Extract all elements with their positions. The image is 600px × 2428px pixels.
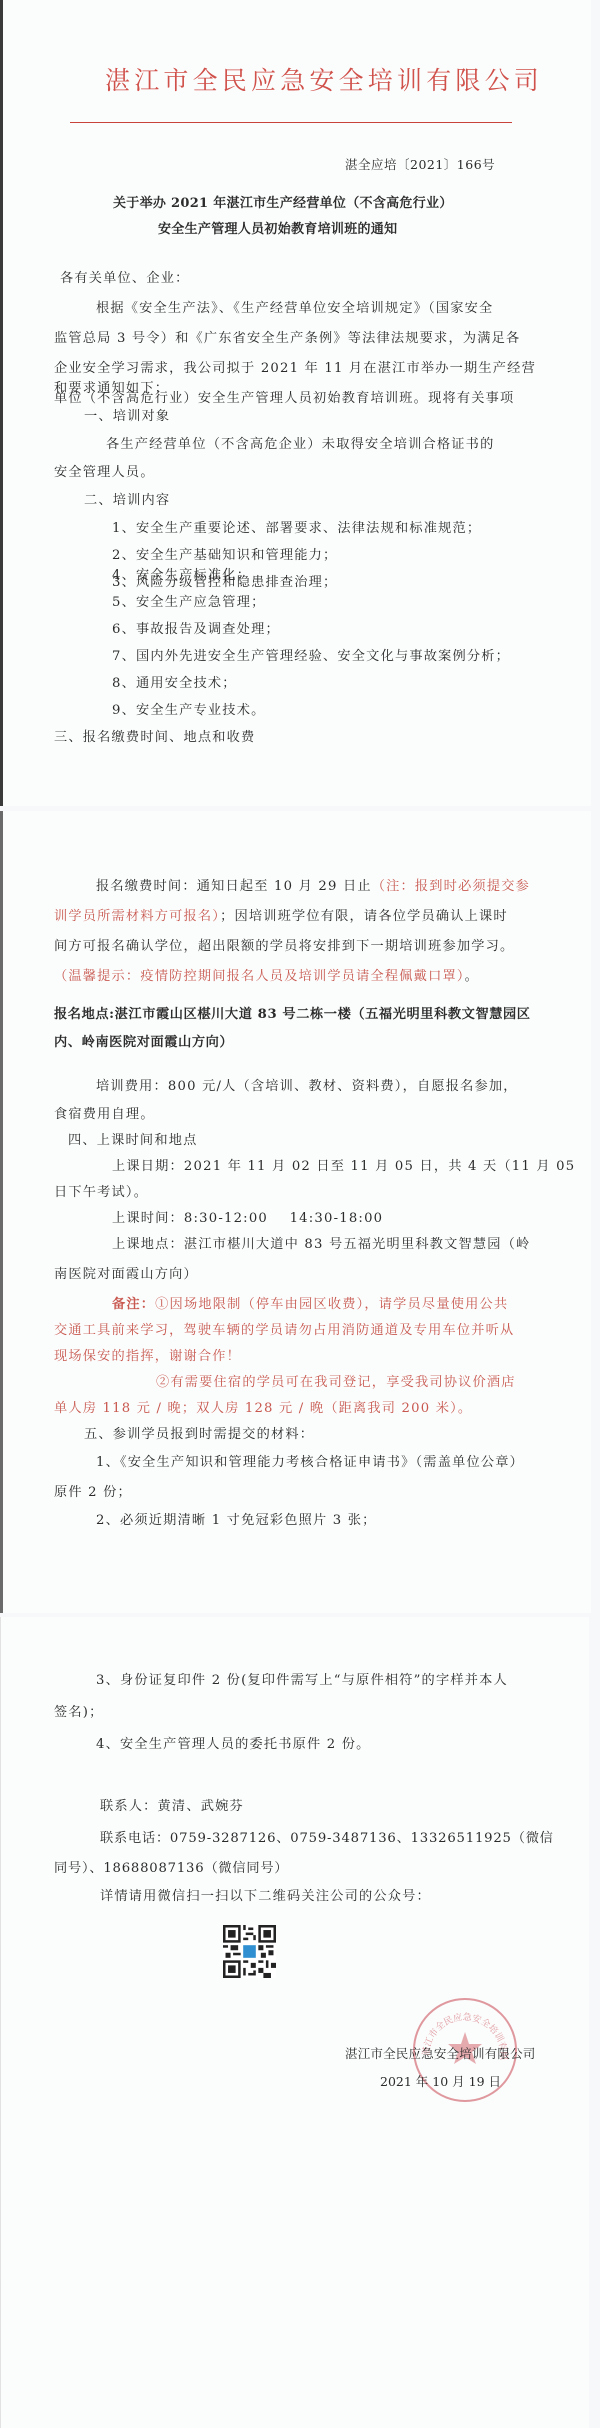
document-number: 湛全应培〔2021〕166号 <box>345 155 495 173</box>
registration-time: 报名缴费时间：通知日起至 10 月 29 日止（注：报到时必须提交参 <box>96 880 530 893</box>
contact-phone: 同号）、18688087136（微信同号） <box>54 1862 288 1875</box>
class-date: 上课日期：2021 年 11 月 02 日至 11 月 05 日，共 4 天（1… <box>112 1160 575 1173</box>
content-item: 9、安全生产专业技术。 <box>112 704 265 717</box>
note-2: 单人房 118 元 / 晚；双人房 128 元 / 晚（距离我司 200 米）。 <box>54 1402 472 1415</box>
registration-place: 报名地点:湛江市霞山区椹川大道 83 号二栋一楼（五福光明里科教文智慧园区 <box>54 1008 531 1021</box>
section-heading-1: 一、培训对象 <box>84 410 170 423</box>
registration-time-cont: 间方可报名确认学位，超出限额的学员将安排到下一期培训班参加学习。 <box>54 940 514 953</box>
content-item: 6、事故报告及调查处理； <box>112 623 280 636</box>
note-2: ②有需要住宿的学员可在我司登记，享受我司协议价酒店 <box>156 1376 516 1389</box>
contact-phone: 联系电话：0759-3287126、0759-3487136、133265119… <box>100 1832 554 1845</box>
material-item: 3、身份证复印件 2 份(复印件需写上“与原件相符”的字样并本人 <box>96 1674 508 1687</box>
material-item: 2、必须近期清晰 1 寸免冠彩色照片 3 张； <box>96 1514 377 1527</box>
training-fee: 食宿费用自理。 <box>54 1108 155 1121</box>
note-1: 现场保安的指挥，谢谢合作！ <box>54 1350 241 1363</box>
content-item: 7、国内外先进安全生产管理经验、安全文化与事故案例分析； <box>112 650 510 663</box>
letterhead-divider <box>70 122 512 123</box>
section-heading-5: 五、参训学员报到时需提交的材料： <box>84 1428 314 1441</box>
content-item: 2、安全生产基础知识和管理能力； <box>112 549 337 562</box>
class-place: 上课地点：湛江市椹川大道中 83 号五福光明里科教文智慧园（岭 <box>112 1238 530 1251</box>
material-item: 1、《安全生产知识和管理能力考核合格证申请书》（需盖单位公章） <box>96 1456 524 1469</box>
document-title-line-2: 安全生产管理人员初始教育培训班的通知 <box>158 218 397 237</box>
note-1: 交通工具前来学习，驾驶车辆的学员请勿占用消防通道及专用车位并听从 <box>54 1324 514 1337</box>
intro-line: 根据《安全生产法》、《生产经营单位安全培训规定》（国家安全 <box>96 302 493 315</box>
registration-time-cont: 训学员所需材料方可报名）；因培训班学位有限，请各位学员确认上课时 <box>54 910 508 923</box>
signature-org: 湛江市全民应急安全培训有限公司 <box>345 2044 536 2062</box>
wechat-qr-code-icon[interactable] <box>223 1925 276 1978</box>
material-item: 原件 2 份； <box>54 1486 132 1499</box>
intro-line: 企业安全学习需求，我公司拟于 2021 年 11 月在湛江市举办一期生产经营 <box>54 362 536 375</box>
class-place: 南医院对面霞山方向） <box>54 1268 198 1281</box>
training-fee: 培训费用：800 元/人（含培训、教材、资料费），自愿报名参加， <box>96 1080 518 1093</box>
intro-line: 监管总局 3 号令）和《广东省安全生产条例》等法律法规要求，为满足各 <box>54 332 520 345</box>
class-date: 日下午考试）。 <box>54 1186 148 1199</box>
section-heading-3: 三、报名缴费时间、地点和收费 <box>54 731 255 744</box>
epidemic-reminder: （温馨提示：疫情防控期间报名人员及培训学员请全程佩戴口罩）。 <box>54 970 479 983</box>
note-1: 备注：①因场地限制（停车由园区收费），请学员尽量使用公共 <box>112 1298 508 1311</box>
content-item: 1、安全生产重要论述、部署要求、法律法规和标准规范； <box>112 522 481 535</box>
section-heading-2: 二、培训内容 <box>84 494 170 507</box>
wechat-prompt: 详情请用微信扫一扫以下二维码关注公司的公众号： <box>100 1890 431 1903</box>
org-letterhead-title: 湛江市全民应急安全培训有限公司 <box>105 61 543 97</box>
section-heading-4: 四、上课时间和地点 <box>68 1134 198 1147</box>
contact-person: 联系人：黄清、武婉芬 <box>100 1800 244 1813</box>
section1-body: 安全管理人员。 <box>54 466 155 479</box>
registration-place: 内、岭南医院对面霞山方向） <box>54 1036 233 1049</box>
material-item: 4、安全生产管理人员的委托书原件 2 份。 <box>96 1738 371 1751</box>
content-item: 4、安全生产标准化； <box>112 569 251 582</box>
material-item: 签名)； <box>54 1706 104 1719</box>
class-time: 上课时间：8:30-12:00 14:30-18:00 <box>112 1212 383 1225</box>
content-item: 5、安全生产应急管理； <box>112 596 265 609</box>
content-item: 8、通用安全技术； <box>112 677 237 690</box>
salutation: 各有关单位、企业： <box>60 272 190 285</box>
section1-body: 各生产经营单位（不含高危企业）未取得安全培训合格证书的 <box>106 438 494 451</box>
document-title-line-1: 关于举办 2021 年湛江市生产经营单位（不含高危行业） <box>113 192 453 211</box>
signature-date: 2021 年 10 月 19 日 <box>380 2072 501 2090</box>
intro-line: 和要求通知如下： <box>54 382 169 395</box>
